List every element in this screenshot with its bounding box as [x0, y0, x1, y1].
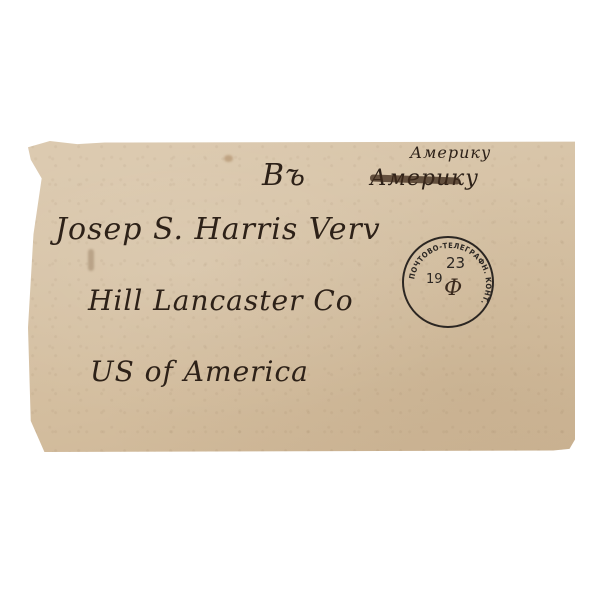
postmark-day: 23	[446, 254, 465, 272]
routing-via-text: Въ	[262, 158, 306, 193]
postmark-stamp: ПОЧТОВО-ТЕЛЕГРАФН. КОНТ. 23 19 Ф	[402, 236, 494, 328]
postmark-year: 19	[426, 272, 443, 287]
stain	[88, 249, 94, 271]
routing-destination-struck: Америку	[370, 166, 479, 191]
postmark-month-mark: Ф	[444, 276, 462, 301]
address-line-country: US of America	[90, 355, 309, 388]
address-line-city: Hill Lancaster Co	[88, 284, 354, 317]
routing-destination-correction: Америку	[410, 143, 491, 162]
stain	[224, 155, 233, 162]
photo-stage: Въ Америку Америку Josep S. Harris Verv …	[0, 0, 600, 600]
address-line-name: Josep S. Harris Verv	[55, 212, 381, 247]
